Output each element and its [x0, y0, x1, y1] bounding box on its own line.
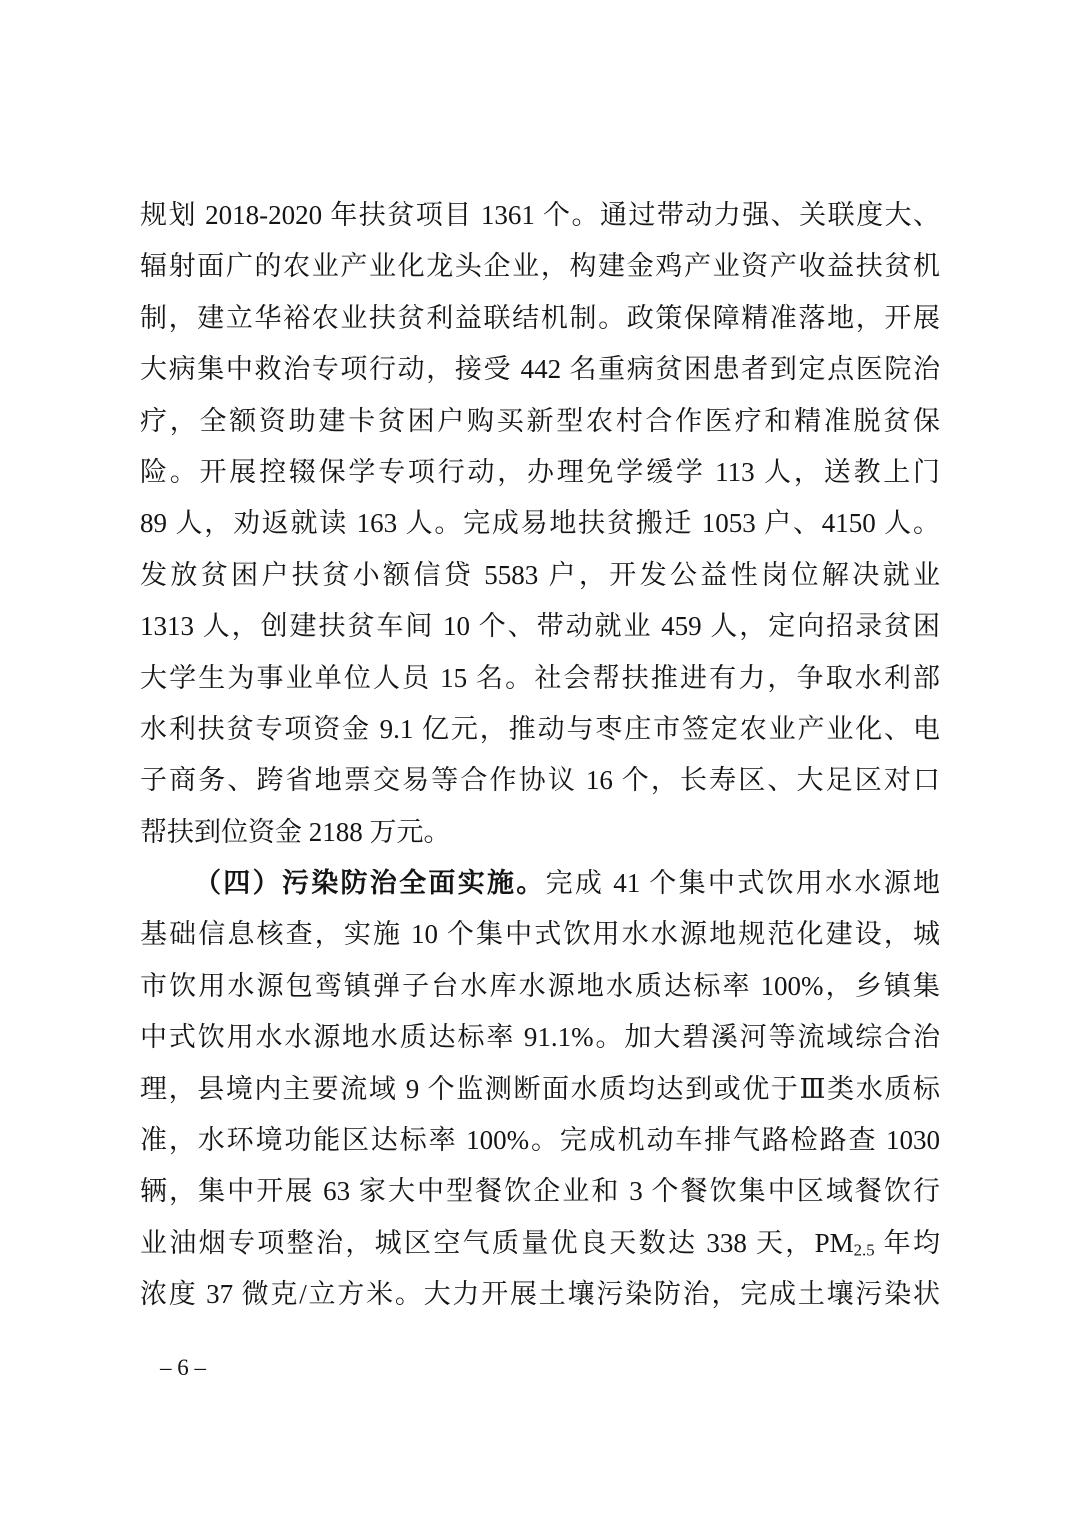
- text-line: 险。开展控辍保学专项行动，办理免学缓学 113 人，送教上门: [140, 447, 940, 498]
- text-line: 89 人，劝返就读 163 人。完成易地扶贫搬迁 1053 户、4150 人。: [140, 498, 940, 549]
- document-body: 规划 2018-2020 年扶贫项目 1361 个。通过带动力强、关联度大、 辐…: [140, 190, 940, 1321]
- page-number: – 6 –: [160, 1348, 206, 1388]
- text-line: 市饮用水源包鸾镇弹子台水库水源地水质达标率 100%，乡镇集: [140, 961, 940, 1012]
- text-line: 中式饮用水水源地水质达标率 91.1%。加大碧溪河等流域综合治: [140, 1012, 940, 1063]
- text-line: 子商务、跨省地票交易等合作协议 16 个，长寿区、大足区对口: [140, 755, 940, 806]
- text-line: 大病集中救治专项行动，接受 442 名重病贫困患者到定点医院治: [140, 344, 940, 395]
- text-line: 制，建立华裕农业扶贫利益联结机制。政策保障精准落地，开展: [140, 293, 940, 344]
- document-page: 规划 2018-2020 年扶贫项目 1361 个。通过带动力强、关联度大、 辐…: [0, 0, 1074, 1520]
- pm25-subscript: 2.5: [854, 1240, 875, 1259]
- text-line: 1313 人，创建扶贫车间 10 个、带动就业 459 人，定向招录贫困: [140, 601, 940, 652]
- text-line: 浓度 37 微克/立方米。大力开展土壤污染防治，完成土壤污染状: [140, 1269, 940, 1320]
- pm-line-before: 业油烟专项整治，城区空气质量优良天数达 338 天，PM: [140, 1228, 854, 1258]
- text-line: 辆，集中开展 63 家大中型餐饮企业和 3 个餐饮集中区域餐饮行: [140, 1166, 940, 1217]
- text-line-pm25: 业油烟专项整治，城区空气质量优良天数达 338 天，PM2.5 年均: [140, 1218, 940, 1269]
- text-line: 理，县境内主要流域 9 个监测断面水质均达到或优于Ⅲ类水质标: [140, 1064, 940, 1115]
- text-line: 辐射面广的农业产业化龙头企业，构建金鸡产业资产收益扶贫机: [140, 241, 940, 292]
- section-heading-rest: 完成 41 个集中式饮用水水源地: [546, 868, 940, 898]
- text-line: 大学生为事业单位人员 15 名。社会帮扶推进有力，争取水利部: [140, 653, 940, 704]
- text-line: 规划 2018-2020 年扶贫项目 1361 个。通过带动力强、关联度大、: [140, 190, 940, 241]
- text-line: 水利扶贫专项资金 9.1 亿元，推动与枣庄市签定农业产业化、电: [140, 704, 940, 755]
- text-line: 准，水环境功能区达标率 100%。完成机动车排气路检路查 1030: [140, 1115, 940, 1166]
- text-line: 发放贫困户扶贫小额信贷 5583 户，开发公益性岗位解决就业: [140, 550, 940, 601]
- text-line-section-start: （四）污染防治全面实施。完成 41 个集中式饮用水水源地: [140, 858, 940, 909]
- text-line: 基础信息核查，实施 10 个集中式饮用水水源地规范化建设，城: [140, 909, 940, 960]
- text-line: 疗，全额资助建卡贫困户购买新型农村合作医疗和精准脱贫保: [140, 396, 940, 447]
- pm-line-after: 年均: [875, 1228, 940, 1258]
- text-line: 帮扶到位资金 2188 万元。: [140, 807, 940, 858]
- section-heading: （四）污染防治全面实施。: [194, 868, 546, 898]
